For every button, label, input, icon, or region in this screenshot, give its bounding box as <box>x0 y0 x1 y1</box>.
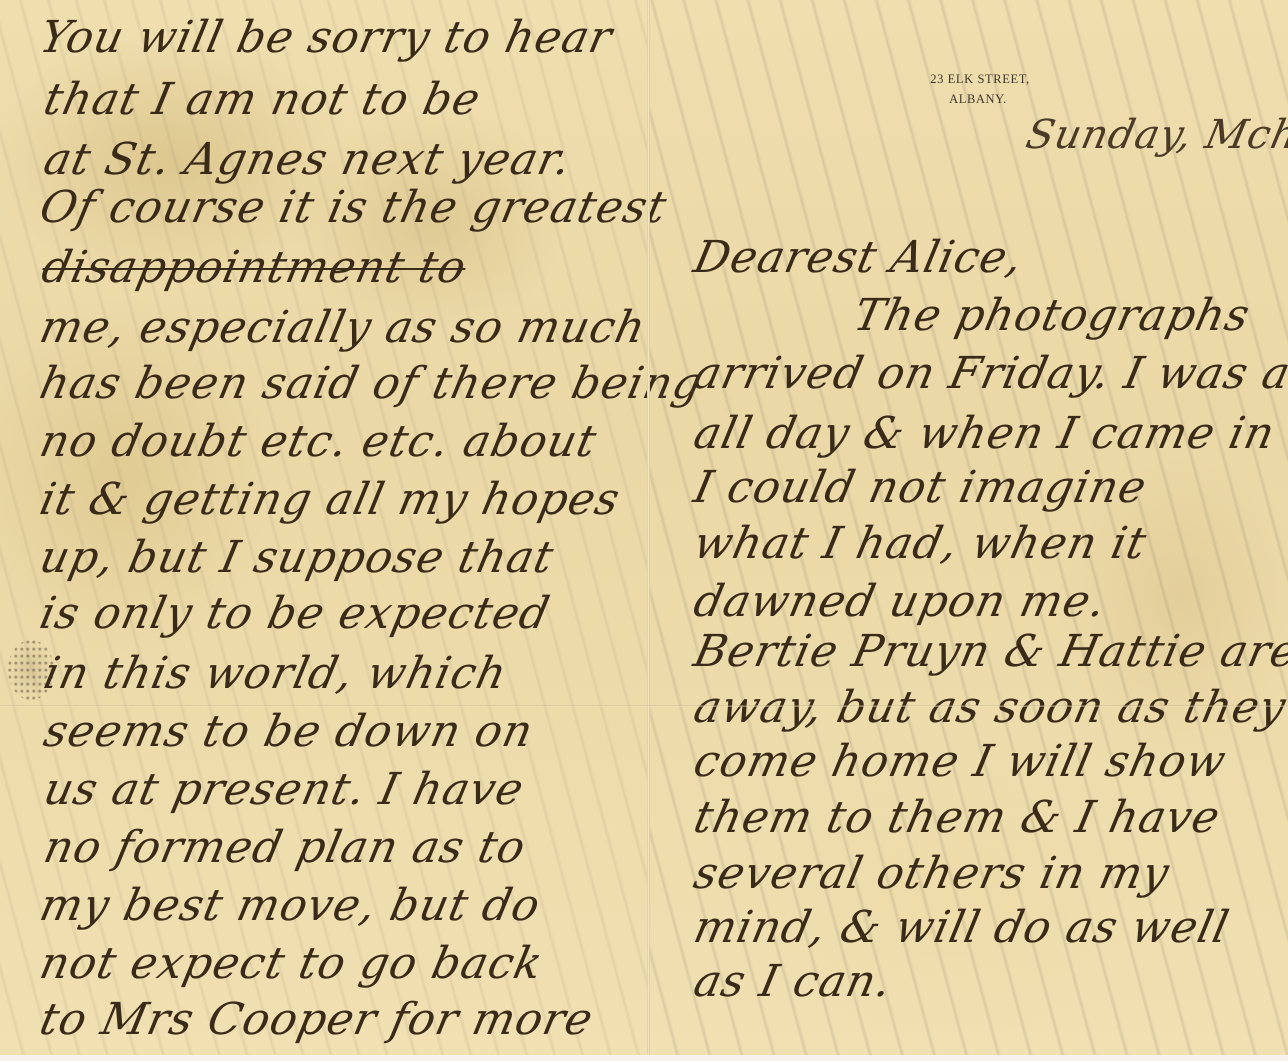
right-line-3: all day & when I came in <box>690 412 1279 456</box>
left-line-17: not expect to go back <box>36 942 547 986</box>
left-line-2: that I am not to be <box>40 78 484 122</box>
left-line-16: my best move, but do <box>36 884 544 928</box>
right-line-10: them to them & I have <box>690 796 1224 840</box>
right-line-2: arrived on Friday. I was away <box>690 352 1288 396</box>
left-line-6: me, especially as so much <box>36 306 650 350</box>
right-line-5: what I had, when it <box>690 522 1150 566</box>
right-page: 23 ELK STREET, ALBANY. Sunday, Mch. 18th… <box>650 0 1288 1061</box>
left-line-13: seems to be down on <box>40 710 537 754</box>
left-line-1: You will be sorry to hear <box>36 16 616 60</box>
date-line: Sunday, Mch. 18th <box>1022 112 1288 158</box>
left-line-15: no formed plan as to <box>40 826 530 870</box>
left-line-7: has been said of there being <box>36 362 707 406</box>
letterhead-city: ALBANY. <box>938 92 1018 107</box>
letterhead-street: 23 ELK STREET, <box>910 72 1050 87</box>
left-line-14: us at present. I have <box>40 768 528 812</box>
right-line-8: away, but as soon as they <box>690 686 1288 730</box>
left-line-8: no doubt etc. etc. about <box>36 420 601 464</box>
left-line-9: it & getting all my hopes <box>36 478 624 522</box>
left-line-18: to Mrs Cooper for more <box>36 998 597 1042</box>
left-page: You will be sorry to hear that I am not … <box>0 0 648 1061</box>
salutation: Dearest Alice, <box>690 236 1027 280</box>
left-line-3: at St. Agnes next year. <box>40 138 575 182</box>
paper-edge <box>0 1055 1288 1061</box>
left-line-11: is only to be expected <box>36 592 554 636</box>
letter-scan: You will be sorry to hear that I am not … <box>0 0 1288 1061</box>
right-line-12: mind, & will do as well <box>690 906 1233 950</box>
left-line-5: disappointment to <box>38 246 470 290</box>
right-line-11: several others in my <box>690 852 1173 896</box>
horizontal-fold <box>0 705 1288 707</box>
right-line-4: I could not imagine <box>690 466 1151 510</box>
left-line-12: in this world, which <box>40 652 511 696</box>
right-line-1: The photographs <box>850 294 1254 338</box>
left-line-10: up, but I suppose that <box>36 536 558 580</box>
center-fold <box>647 0 650 1061</box>
right-line-13: as I can. <box>690 960 896 1004</box>
right-line-6: dawned upon me. <box>690 580 1110 624</box>
right-line-9: come home I will show <box>690 740 1230 784</box>
right-line-7: Bertie Pruyn & Hattie are <box>690 630 1288 674</box>
left-line-4: Of course it is the greatest <box>36 186 671 230</box>
